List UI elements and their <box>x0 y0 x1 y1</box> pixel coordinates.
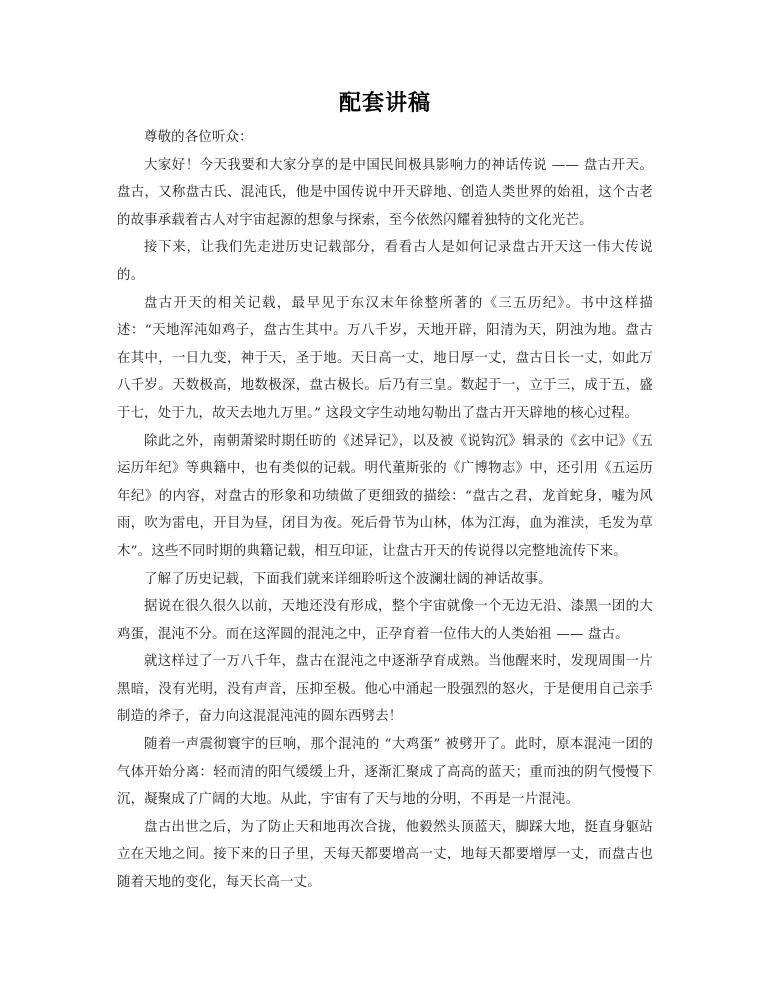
paragraph-sanwu-liji: 盘古开天的相关记载，最早见于东汉末年徐整所著的《三五历纪》。书中这样描述：“天地… <box>117 290 653 428</box>
paragraph-chaos-egg: 据说在很久很久以前，天地还没有形成，整个宇宙就像一个无边无沿、漆黑一团的大鸡蛋，… <box>117 593 653 648</box>
paragraph-transition-story: 了解了历史记载，下面我们就来详细聆听这个波澜壮阔的神话故事。 <box>117 566 653 594</box>
paragraph-separation: 随着一声震彻寰宇的巨响，那个混沌的 “大鸡蛋” 被劈开了。此时，原本混沌一团的气… <box>117 731 653 814</box>
document-title: 配套讲稿 <box>117 86 653 120</box>
paragraph-other-records: 除此之外，南朝萧梁时期任昉的《述异记》，以及被《说钩沉》辑录的《玄中记》《五运历… <box>117 428 653 566</box>
salutation: 尊敬的各位听众： <box>117 124 653 152</box>
paragraph-holding-sky: 盘古出世之后，为了防止天和地再次合拢，他毅然头顶蓝天，脚踩大地，挺直身躯站立在天… <box>117 814 653 897</box>
paragraph-transition-history: 接下来，让我们先走进历史记载部分，看看古人是如何记录盘古开天这一伟大传说的。 <box>117 234 653 289</box>
paragraph-awakening: 就这样过了一万八千年，盘古在混沌之中逐渐孕育成熟。当他醒来时，发现周围一片黑暗，… <box>117 648 653 731</box>
document-page: 配套讲稿 尊敬的各位听众： 大家好！今天我要和大家分享的是中国民间极具影响力的神… <box>117 86 653 897</box>
paragraph-intro: 大家好！今天我要和大家分享的是中国民间极具影响力的神话传说 —— 盘古开天。盘古… <box>117 152 653 235</box>
